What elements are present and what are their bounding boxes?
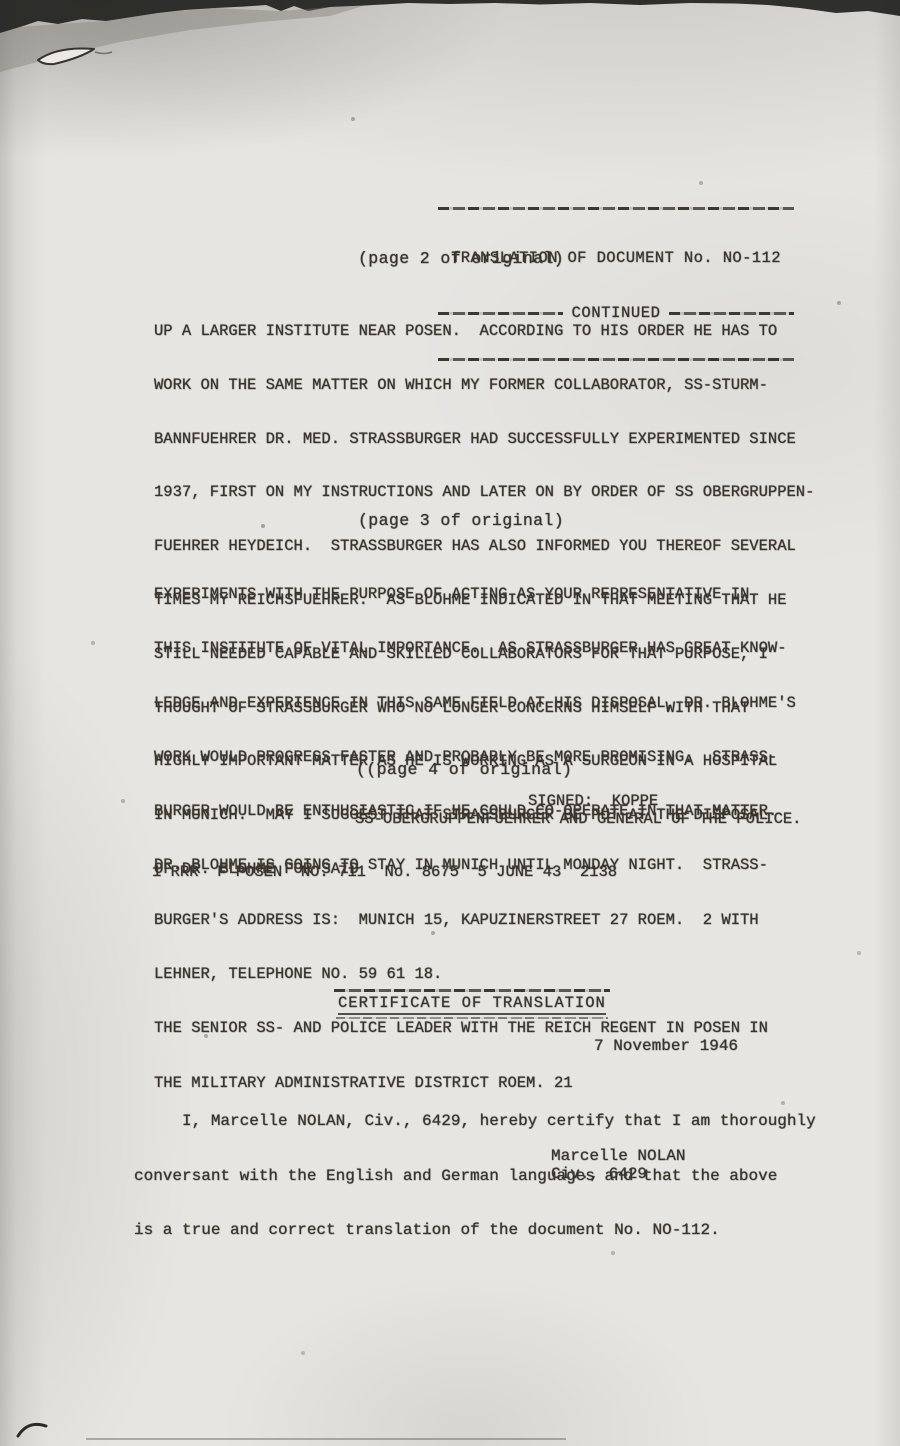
- page2-heading: (page 2 of original): [358, 249, 564, 268]
- text-line: THE SENIOR SS- AND POLICE LEADER WITH TH…: [154, 1019, 796, 1037]
- text-line: BURGER'S ADDRESS IS: MUNICH 15, KAPUZINE…: [154, 911, 796, 929]
- text-line: LEDGE AND EXPERIENCE IN THIS SAME FIELD …: [154, 694, 796, 712]
- text-line: LEHNER, TELEPHONE NO. 59 61 18.: [154, 965, 796, 983]
- signature-name: Marcelle NOLAN: [551, 1147, 685, 1165]
- page3-heading: (page 3 of original): [358, 511, 564, 530]
- bottom-left-page-curl: [18, 1424, 46, 1436]
- certificate-heading: CERTIFICATE OF TRANSLATION: [338, 994, 606, 1015]
- text-line: WORK ON THE SAME MATTER ON WHICH MY FORM…: [154, 377, 814, 395]
- text-line: is a true and correct translation of the…: [134, 1221, 816, 1240]
- text-line: 1937, FIRST ON MY INSTRUCTIONS AND LATER…: [154, 484, 814, 502]
- scanned-document-page: TRANSLATION OF DOCUMENT No. NO-112 CONTI…: [0, 0, 900, 1446]
- text-line: BANNFUEHRER DR. MED. STRASSBURGER HAD SU…: [154, 431, 814, 449]
- text-line: UP A LARGER INSTITUTE NEAR POSEN. ACCORD…: [154, 323, 814, 341]
- paper-tear-flap: [38, 48, 94, 64]
- text-line: THIS INSTITUTE OF VITAL IMPORTANCE. AS S…: [154, 639, 796, 657]
- scanner-dark-top-edge: [0, 0, 900, 33]
- telegram-reference-line: 1 RRR F POSEN NO. 711 No. 8675 5 JUNE 43…: [152, 863, 617, 881]
- signer-title-line: SS-OBERGRUPPENFUEHRER AND GENERAL OF THE…: [355, 810, 801, 828]
- typed-rule-top: [438, 207, 794, 210]
- top-left-shadow-band: [0, 6, 365, 73]
- paper-tear-crease: [95, 52, 112, 54]
- text-line: I, Marcelle NOLAN, Civ., 6429, hereby ce…: [134, 1112, 816, 1131]
- text-line: conversant with the English and German l…: [134, 1167, 816, 1186]
- typed-rule-cert-top: [334, 989, 610, 992]
- typed-rule-cert-bottom: [336, 1017, 608, 1019]
- signature-civ-number: Civ., 6429: [551, 1165, 647, 1183]
- page4-heading: ((page 4 of original): [356, 760, 572, 779]
- text-line: EXPERIMENTS WITH THE PURPOSE OF ACTING A…: [154, 585, 796, 603]
- bottom-edge-shadow: [86, 1438, 566, 1440]
- signed-line: SIGNED: KOPPE: [528, 792, 658, 810]
- certificate-paragraph: I, Marcelle NOLAN, Civ., 6429, hereby ce…: [134, 1076, 816, 1276]
- certificate-date: 7 November 1946: [594, 1037, 738, 1055]
- paper-specks: [0, 0, 2, 2]
